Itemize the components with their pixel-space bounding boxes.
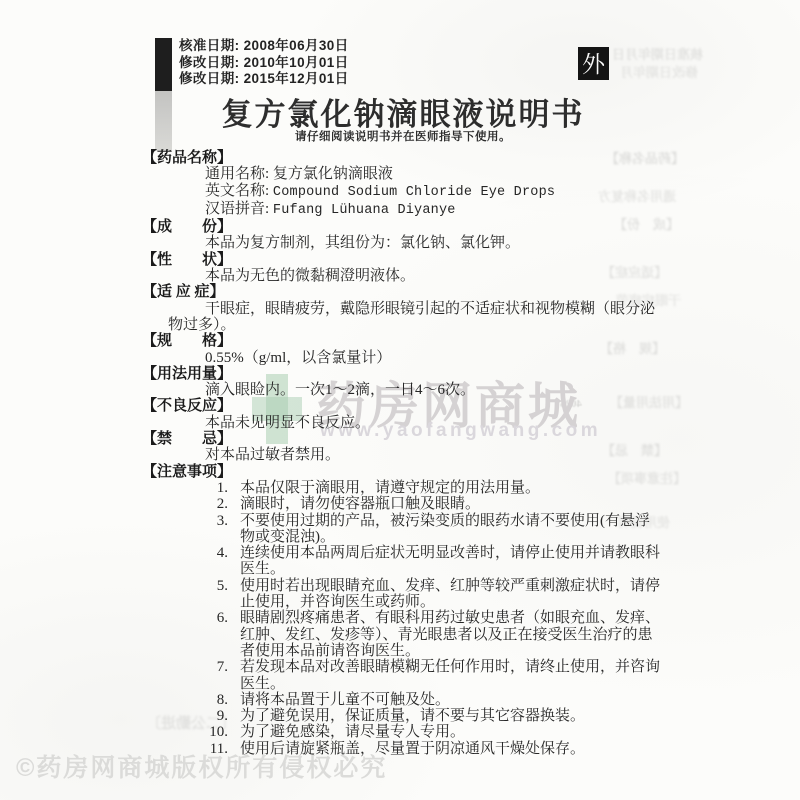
- precaution-text: 眼睛剧烈疼痛患者、有眼科用药过敏史患者（如眼充血、发痒、红肿、发红、发疹等）、青…: [240, 610, 660, 659]
- strength-text: 0.55%（g/ml，以含氯量计）: [142, 350, 664, 366]
- dosage-text: 滴入眼睑内。一次1～2滴，一日4～6次。: [142, 382, 664, 398]
- revision-date-line: 修改日期: 2015年12月01日: [179, 71, 349, 88]
- indications-text: 干眼症，眼睛疲劳，戴隐形眼镜引起的不适症状和视物模糊（眼分泌物过多）。: [142, 301, 664, 334]
- pinyin-name-value: Fufang Lühuana Diyanye: [273, 203, 456, 218]
- precaution-text: 若发现本品对改善眼睛模糊无任何作用时，请终止使用，并咨询医生。: [240, 659, 660, 691]
- precaution-number: 11.: [142, 741, 228, 757]
- precaution-number: 1.: [142, 480, 228, 496]
- precaution-text: 使用后请旋紧瓶盖，尽量置于阴凉通风干燥处保存。: [240, 741, 585, 757]
- pinyin-name-label: 汉语拼音:: [205, 201, 273, 217]
- precaution-text: 为了避免感染，请尽量专人专用。: [240, 724, 465, 740]
- precaution-item: 7.若发现本品对改善眼睛模糊无任何作用时，请终止使用，并咨询医生。: [142, 659, 664, 692]
- precaution-text: 连续使用本品两周后症状无明显改善时，请停止使用并请教眼科医生。: [240, 545, 660, 577]
- precaution-number: 4.: [142, 545, 228, 561]
- precaution-item: 9.为了避免误用，保证质量，请不要与其它容器换装。: [142, 708, 664, 724]
- section-heading-description: 【性 状】: [142, 252, 664, 268]
- leaflet-body: 【药品名称】 通用名称: 复方氯化钠滴眼液 英文名称: Compound Sod…: [142, 150, 664, 757]
- bleed-through-text: 修改日期年月: [620, 62, 698, 81]
- approval-dates: 核准日期: 2008年06月30日 修改日期: 2010年10月01日 修改日期…: [179, 38, 349, 88]
- otc-external-use-badge: 外: [578, 47, 609, 80]
- section-heading-drug-name: 【药品名称】: [142, 150, 664, 166]
- precaution-item: 10.为了避免感染，请尽量专人专用。: [142, 724, 664, 740]
- english-name-label: 英文名称:: [205, 183, 273, 199]
- contraindications-text: 对本品过敏者禁用。: [142, 447, 664, 463]
- ingredients-text: 本品为复方制剂，其组份为：氯化钠、氯化钾。: [142, 235, 664, 251]
- precaution-number: 3.: [142, 513, 228, 529]
- precaution-number: 5.: [142, 578, 228, 594]
- generic-name-label: 通用名称:: [205, 166, 273, 182]
- generic-name-value: 复方氯化钠滴眼液: [273, 166, 393, 182]
- precaution-number: 2.: [142, 496, 228, 512]
- precaution-text: 为了避免误用，保证质量，请不要与其它容器换装。: [240, 708, 585, 724]
- precaution-item: 3.不要使用过期的产品，被污染变质的眼药水请不要使用(有悬浮物或变混浊)。: [142, 513, 664, 546]
- section-heading-contraindications: 【禁 忌】: [142, 431, 664, 447]
- precaution-text: 请将本品置于儿童不可触及处。: [240, 692, 450, 708]
- precautions-list: 1.本品仅限于滴眼用，请遵守规定的用法用量。 2.滴眼时，请勿使容器瓶口触及眼睛…: [142, 480, 664, 757]
- english-name-value: Compound Sodium Chloride Eye Drops: [273, 185, 555, 200]
- document-subtitle: 请仔细阅读说明书并在医师指导下使用。: [142, 128, 664, 144]
- precaution-item: 2.滴眼时，请勿使容器瓶口触及眼睛。: [142, 496, 664, 512]
- precaution-text: 本品仅限于滴眼用，请遵守规定的用法用量。: [240, 480, 540, 496]
- generic-name-line: 通用名称: 复方氯化钠滴眼液: [142, 166, 664, 182]
- pinyin-name-line: 汉语拼音: Fufang Lühuana Diyanye: [142, 201, 664, 219]
- section-heading-precautions: 【注意事项】: [142, 464, 664, 480]
- precaution-item: 5.使用时若出现眼睛充血、发痒、红肿等较严重刺激症状时，请停止使用，并咨询医生或…: [142, 578, 664, 611]
- section-heading-ingredients: 【成 份】: [142, 219, 664, 235]
- precaution-number: 6.: [142, 610, 228, 626]
- precaution-number: 10.: [142, 724, 228, 740]
- left-accent-bar-dark: [155, 38, 172, 91]
- precaution-item: 4.连续使用本品两周后症状无明显改善时，请停止使用并请教眼科医生。: [142, 545, 664, 578]
- section-heading-adverse-reactions: 【不良反应】: [142, 398, 664, 414]
- precaution-number: 7.: [142, 659, 228, 675]
- precaution-text: 滴眼时，请勿使容器瓶口触及眼睛。: [240, 496, 480, 512]
- precaution-text: 使用时若出现眼睛充血、发痒、红肿等较严重刺激症状时，请停止使用，并咨询医生或药师…: [240, 578, 660, 610]
- precaution-item: 11.使用后请旋紧瓶盖，尽量置于阴凉通风干燥处保存。: [142, 741, 664, 757]
- precaution-number: 9.: [142, 708, 228, 724]
- precaution-item: 6.眼睛剧烈疼痛患者、有眼科用药过敏史患者（如眼充血、发痒、红肿、发红、发疹等）…: [142, 610, 664, 659]
- precaution-item: 8.请将本品置于儿童不可触及处。: [142, 692, 664, 708]
- leaflet-scan-page: 核准日期年月日 修改日期年月 【药品名称】 通用名称复方 【成 份】 【适应症】…: [0, 0, 800, 800]
- precaution-number: 8.: [142, 692, 228, 708]
- adverse-reactions-text: 本品未见明显不良反应。: [142, 415, 664, 431]
- bleed-through-text: 核准日期年月日: [612, 44, 703, 63]
- english-name-line: 英文名称: Compound Sodium Chloride Eye Drops: [142, 183, 664, 201]
- section-heading-strength: 【规 格】: [142, 333, 664, 349]
- precaution-item: 1.本品仅限于滴眼用，请遵守规定的用法用量。: [142, 480, 664, 496]
- description-text: 本品为无色的微黏稠澄明液体。: [142, 268, 664, 284]
- section-heading-dosage: 【用法用量】: [142, 366, 664, 382]
- approval-date-line: 核准日期: 2008年06月30日: [179, 38, 349, 55]
- section-heading-indications: 【适 应 症】: [142, 284, 664, 300]
- revision-date-line: 修改日期: 2010年10月01日: [179, 55, 349, 72]
- precaution-text: 不要使用过期的产品，被污染变质的眼药水请不要使用(有悬浮物或变混浊)。: [240, 513, 650, 545]
